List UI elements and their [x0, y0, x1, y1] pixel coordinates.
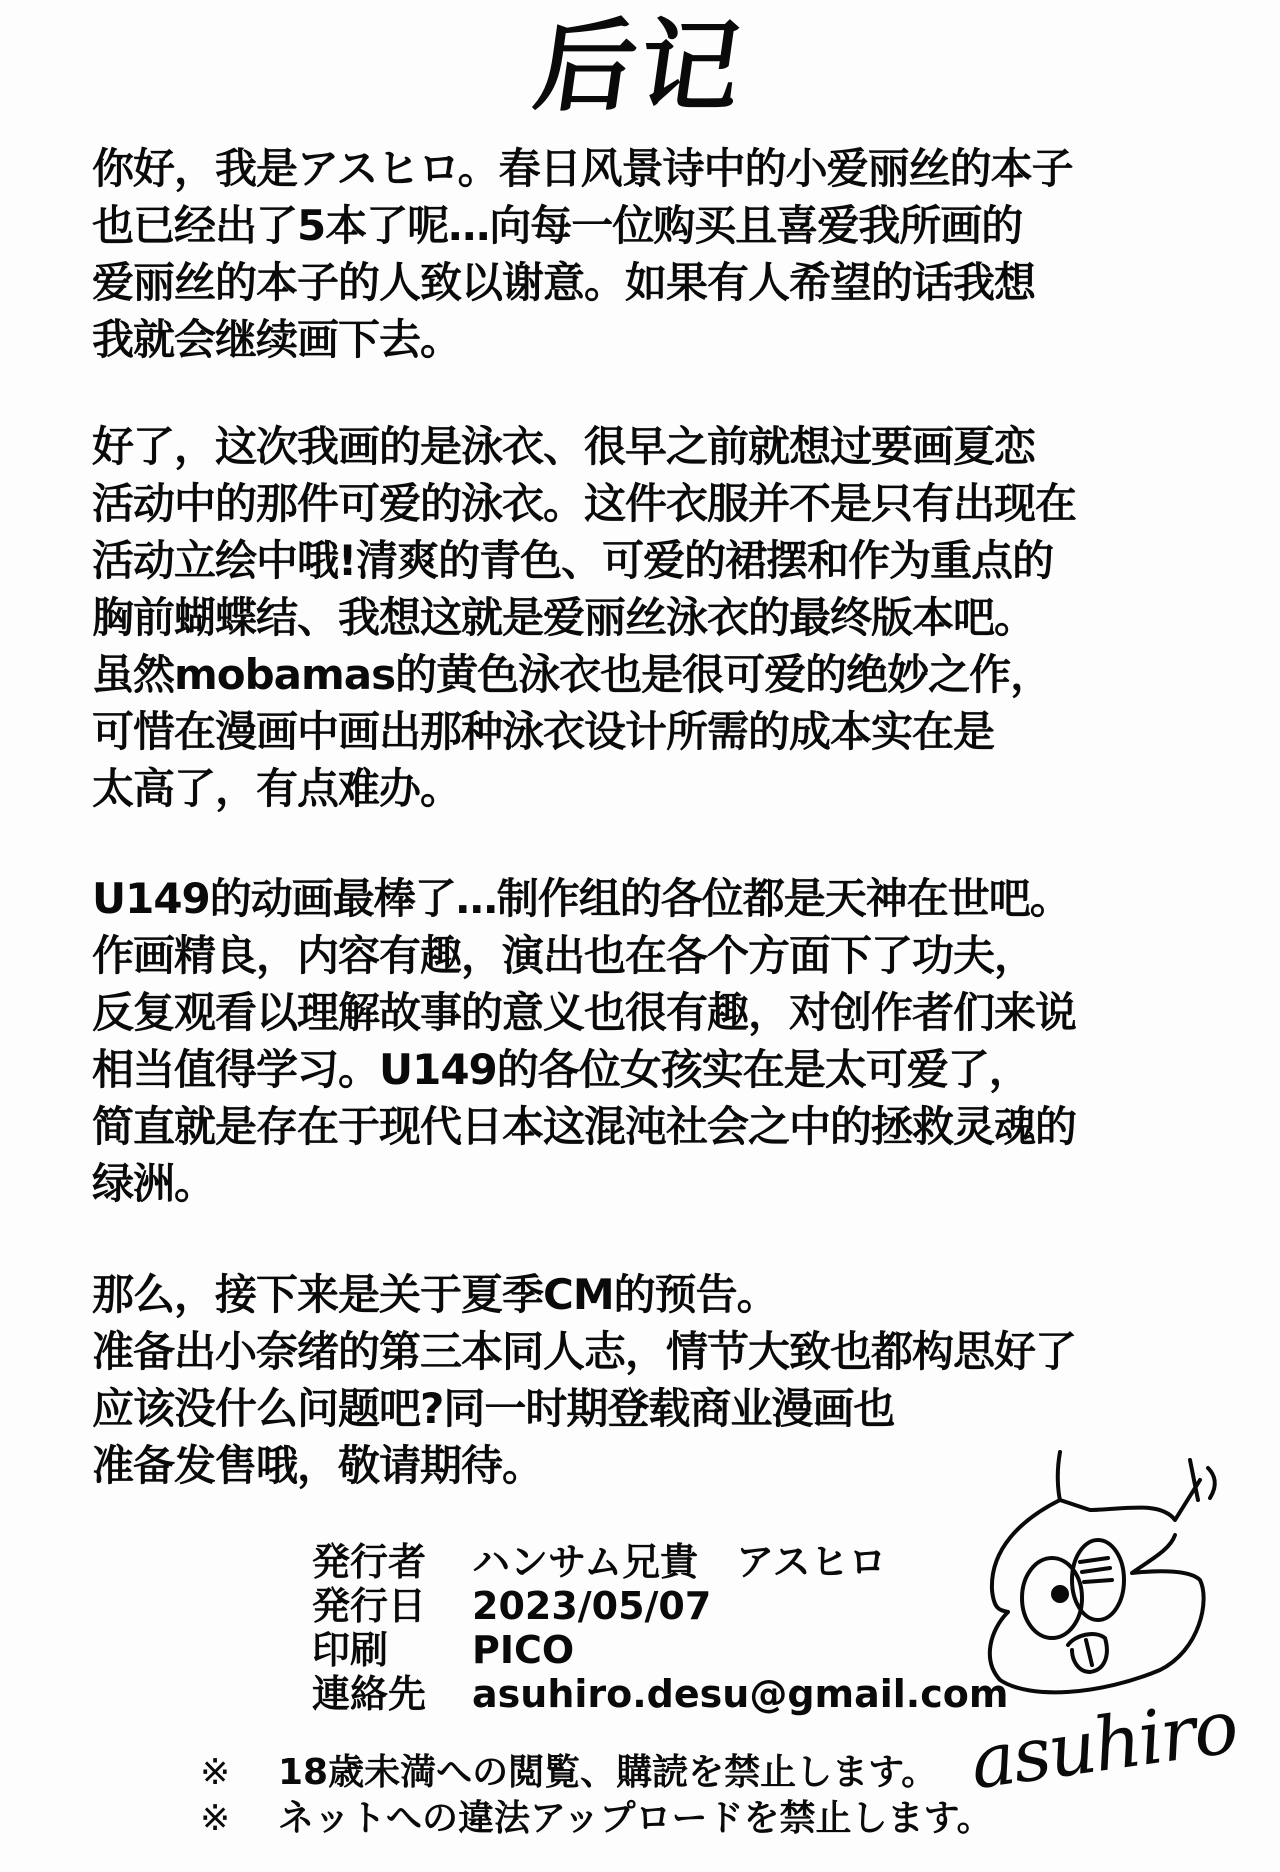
page-title: 后记: [0, 12, 1280, 122]
paragraph-u149: U149的动画最棒了…制作组的各位都是天神在世吧。 作画精良，内容有趣，演出也在…: [92, 870, 1212, 1212]
notice-age-restriction: ※ 18歳未満への閲覧、購読を禁止します。: [200, 1750, 993, 1796]
colophon-value: PICO: [472, 1628, 574, 1672]
paragraph-greeting: 你好，我是アスヒロ。春日风景诗中的小爱丽丝的本子 也已经出了5本了呢…向每一位购…: [92, 140, 1212, 368]
colophon-email: asuhiro.desu@gmail.com: [472, 1672, 1008, 1716]
colophon-value: 2023/05/07: [472, 1584, 711, 1628]
colophon-value: ハンサム兄貴 アスヒロ: [472, 1540, 887, 1584]
colophon-label: 印刷: [312, 1628, 472, 1672]
notices: ※ 18歳未満への閲覧、購読を禁止します。 ※ ネットへの違法アップロードを禁止…: [200, 1750, 993, 1842]
paragraph-swimsuit: 好了，这次我画的是泳衣、很早之前就想过要画夏恋 活动中的那件可爱的泳衣。这件衣服…: [92, 418, 1212, 817]
reference-mark-icon: ※: [200, 1796, 278, 1842]
text-line: 胸前蝴蝶结、我想这就是爱丽丝泳衣的最终版本吧。: [92, 589, 1212, 646]
reference-mark-icon: ※: [200, 1750, 278, 1796]
colophon-label: 発行日: [312, 1584, 472, 1628]
text-line: U149的动画最棒了…制作组的各位都是天神在世吧。: [92, 870, 1212, 927]
text-line: 可惜在漫画中画出那种泳衣设计所需的成本实在是: [92, 703, 1212, 760]
text-line: 应该没什么问题吧?同一时期登载商业漫画也: [92, 1380, 1212, 1437]
text-line: 绿洲。: [92, 1155, 1212, 1212]
text-line: 好了，这次我画的是泳衣、很早之前就想过要画夏恋: [92, 418, 1212, 475]
text-line: 那么，接下来是关于夏季CM的预告。: [92, 1266, 1212, 1323]
colophon-label: 連絡先: [312, 1672, 472, 1716]
text-line: 虽然mobamas的黄色泳衣也是很可爱的绝妙之作，: [92, 646, 1212, 703]
text-line: 活动中的那件可爱的泳衣。这件衣服并不是只有出现在: [92, 475, 1212, 532]
notice-text: ネットへの違法アップロードを禁止します。: [278, 1796, 993, 1842]
colophon-label: 発行者: [312, 1540, 472, 1584]
notice-text: 18歳未満への閲覧、購読を禁止します。: [278, 1750, 937, 1796]
text-line: 反复观看以理解故事的意义也很有趣，对创作者们来说: [92, 984, 1212, 1041]
text-line: 我就会继续画下去。: [92, 311, 1212, 368]
colophon-publisher: 発行者 ハンサム兄貴 アスヒロ: [312, 1540, 1008, 1584]
text-line: 作画精良，内容有趣，演出也在各个方面下了功夫，: [92, 927, 1212, 984]
colophon-contact: 連絡先 asuhiro.desu@gmail.com: [312, 1672, 1008, 1716]
colophon: 発行者 ハンサム兄貴 アスヒロ 発行日 2023/05/07 印刷 PICO 連…: [312, 1540, 1008, 1716]
colophon-printer: 印刷 PICO: [312, 1628, 1008, 1672]
text-line: 你好，我是アスヒロ。春日风景诗中的小爱丽丝的本子: [92, 140, 1212, 197]
text-line: 相当值得学习。U149的各位女孩实在是太可爱了，: [92, 1041, 1212, 1098]
text-line: 简直就是存在于现代日本这混沌社会之中的拯救灵魂的: [92, 1098, 1212, 1155]
notice-no-upload: ※ ネットへの違法アップロードを禁止します。: [200, 1796, 993, 1842]
text-line: 活动立绘中哦!清爽的青色、可爱的裙摆和作为重点的: [92, 532, 1212, 589]
text-line: 也已经出了5本了呢…向每一位购买且喜爱我所画的: [92, 197, 1212, 254]
text-line: 准备出小奈绪的第三本同人志，情节大致也都构思好了: [92, 1323, 1212, 1380]
text-line: 太高了，有点难办。: [92, 760, 1212, 817]
text-line: 爱丽丝的本子的人致以谢意。如果有人希望的话我想: [92, 254, 1212, 311]
colophon-date: 発行日 2023/05/07: [312, 1584, 1008, 1628]
signature: asuhiro: [960, 1440, 1280, 1800]
